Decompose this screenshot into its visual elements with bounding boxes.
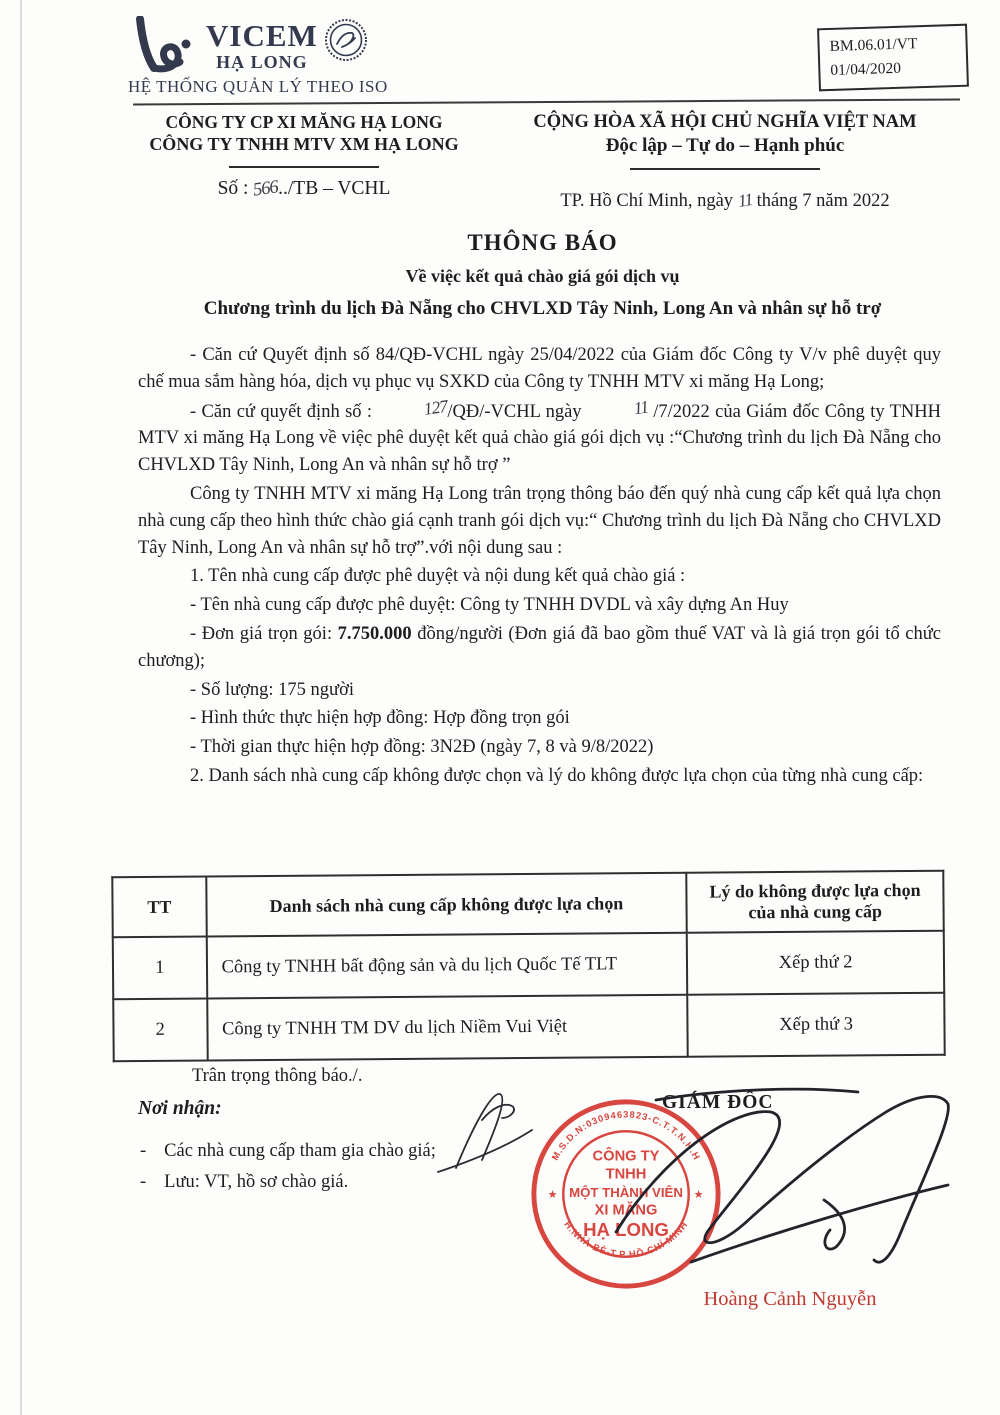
place-date-prefix: TP. Hồ Chí Minh, ngày xyxy=(560,191,737,211)
document-number-line: Số : 566../TB – VCHL xyxy=(118,178,490,200)
company-logo-block: VICEM HẠ LONG HỆ THỐNG QUẢN LÝ THEO ISO xyxy=(128,16,388,97)
issuer-company: CÔNG TY TNHH MTV XM HẠ LONG xyxy=(118,134,490,155)
table-header-row: TT Danh sách nhà cung cấp không được lựa… xyxy=(112,871,943,938)
director-signature xyxy=(596,1082,952,1294)
detail-contract-type: - Hình thức thực hiện hợp đồng: Hợp đồng… xyxy=(138,705,941,732)
recipients-list: - Các nhà cung cấp tham gia chào giá; - … xyxy=(140,1136,436,1198)
document-header: CÔNG TY CP XI MĂNG HẠ LONG CÔNG TY TNHH … xyxy=(118,112,960,212)
place-date-suffix: tháng 7 năm 2022 xyxy=(752,191,890,211)
decision-number-handwritten: 127 xyxy=(371,392,449,429)
row1-tt: 1 xyxy=(113,937,207,1000)
document-number-prefix: Số : xyxy=(218,178,254,199)
scan-edge-artifact xyxy=(20,0,22,1415)
decision-day-handwritten: 11 xyxy=(580,393,649,429)
p2-text: - Căn cứ quyết định số : xyxy=(190,402,372,422)
recipient-dash: - xyxy=(140,1136,146,1167)
place-date-line: TP. Hồ Chí Minh, ngày 11 tháng 7 năm 202… xyxy=(490,190,960,212)
national-motto: Độc lập – Tự do – Hạnh phúc xyxy=(490,135,960,157)
table-row: 2 Công ty TNHH TM DV du lịch Niềm Vui Vi… xyxy=(113,993,944,1062)
header-divider-line xyxy=(133,98,960,105)
logo-sub-text: HẠ LONG xyxy=(206,53,318,71)
table-row: 1 Công ty TNHH bất động sản và du lịch Q… xyxy=(113,931,944,1000)
detail-supplier: - Tên nhà cung cấp được phê duyệt: Công … xyxy=(138,592,941,619)
document-subject: Chương trình du lịch Đà Nẵng cho CHVLXD … xyxy=(135,298,950,320)
national-title: CỘNG HÒA XÃ HỘI CHỦ NGHĨA VIỆT NAM xyxy=(490,112,960,133)
price-label: - Đơn giá trọn gói: xyxy=(190,624,338,644)
vicem-logo-mark-icon xyxy=(128,16,200,74)
detail-quantity: - Số lượng: 175 người xyxy=(138,677,941,704)
recipients-label: Nơi nhận: xyxy=(138,1098,222,1120)
national-motto-block: CỘNG HÒA XÃ HỘI CHỦ NGHĨA VIỆT NAM Độc l… xyxy=(490,112,960,212)
detail-contract-time: - Thời gian thực hiện hợp đồng: 3N2Đ (ng… xyxy=(138,734,941,761)
p2-text-mid: /QĐ/-VCHL ngày xyxy=(447,402,581,422)
paragraph-legal-basis-1: - Căn cứ Quyết định số 84/QĐ-VCHL ngày 2… xyxy=(138,342,941,396)
document-number-handwritten: 566 xyxy=(252,176,280,201)
recipient-dash: - xyxy=(140,1167,146,1198)
document-subtitle: Về việc kết quả chào giá gói dịch vụ xyxy=(135,266,950,287)
paragraph-legal-basis-2: - Căn cứ quyết định số :127/QĐ/-VCHL ngà… xyxy=(138,398,941,479)
recipient-text: Các nhà cung cấp tham gia chào giá; xyxy=(164,1136,436,1167)
issuer-underline xyxy=(229,166,379,168)
scanned-document-page: VICEM HẠ LONG HỆ THỐNG QUẢN LÝ THEO ISO … xyxy=(0,0,1000,1415)
document-number-suffix: ../TB – VCHL xyxy=(278,178,390,199)
signer-name: Hoàng Cảnh Nguyễn xyxy=(650,1288,930,1311)
row2-reason: Xếp thứ 3 xyxy=(688,993,945,1057)
col-header-tt: TT xyxy=(112,877,206,938)
paragraph-announcement: Công ty TNHH MTV xi măng Hạ Long trân tr… xyxy=(138,481,941,561)
recipient-item: - Lưu: VT, hồ sơ chào giá. xyxy=(140,1167,436,1198)
row1-reason: Xếp thứ 2 xyxy=(687,931,944,995)
document-body: - Căn cứ Quyết định số 84/QĐ-VCHL ngày 2… xyxy=(138,342,941,792)
document-title: THÔNG BÁO xyxy=(135,230,950,256)
unselected-suppliers-table: TT Danh sách nhà cung cấp không được lựa… xyxy=(111,870,945,1063)
motto-underline xyxy=(630,168,820,170)
form-date: 01/04/2020 xyxy=(830,55,959,83)
col-header-supplier: Danh sách nhà cung cấp không được lựa ch… xyxy=(206,873,687,937)
recipient-item: - Các nhà cung cấp tham gia chào giá; xyxy=(140,1136,436,1167)
row2-supplier: Công ty TNHH TM DV du lịch Niềm Vui Việt xyxy=(207,995,688,1061)
form-code-box: BM.06.01/VT 01/04/2020 xyxy=(817,24,969,92)
col-header-reason: Lý do không được lựa chọn của nhà cung c… xyxy=(687,871,944,933)
iso-seal-icon xyxy=(324,18,368,62)
detail-price: - Đơn giá trọn gói: 7.750.000 đồng/người… xyxy=(138,621,941,675)
handwritten-paraph xyxy=(432,1080,542,1175)
closing-line: Trân trọng thông báo./. xyxy=(192,1066,362,1087)
logo-brand-text: VICEM xyxy=(206,20,318,51)
list-item-2: 2. Danh sách nhà cung cấp không được chọ… xyxy=(138,763,941,790)
day-handwritten: 11 xyxy=(736,189,753,212)
iso-caption: HỆ THỐNG QUẢN LÝ THEO ISO xyxy=(128,77,388,97)
issuer-block: CÔNG TY CP XI MĂNG HẠ LONG CÔNG TY TNHH … xyxy=(118,112,490,212)
row2-tt: 2 xyxy=(113,999,207,1062)
issuer-parent-company: CÔNG TY CP XI MĂNG HẠ LONG xyxy=(118,112,490,133)
logo-wordmark: VICEM HẠ LONG xyxy=(206,20,318,71)
recipient-text: Lưu: VT, hồ sơ chào giá. xyxy=(164,1167,348,1198)
stamp-star-left: ★ xyxy=(548,1189,558,1201)
list-item-1: 1. Tên nhà cung cấp được phê duyệt và nộ… xyxy=(138,563,941,590)
row1-supplier: Công ty TNHH bất động sản và du lịch Quố… xyxy=(206,933,687,999)
price-value: 7.750.000 xyxy=(338,624,412,644)
title-block: THÔNG BÁO Về việc kết quả chào giá gói d… xyxy=(135,230,950,320)
